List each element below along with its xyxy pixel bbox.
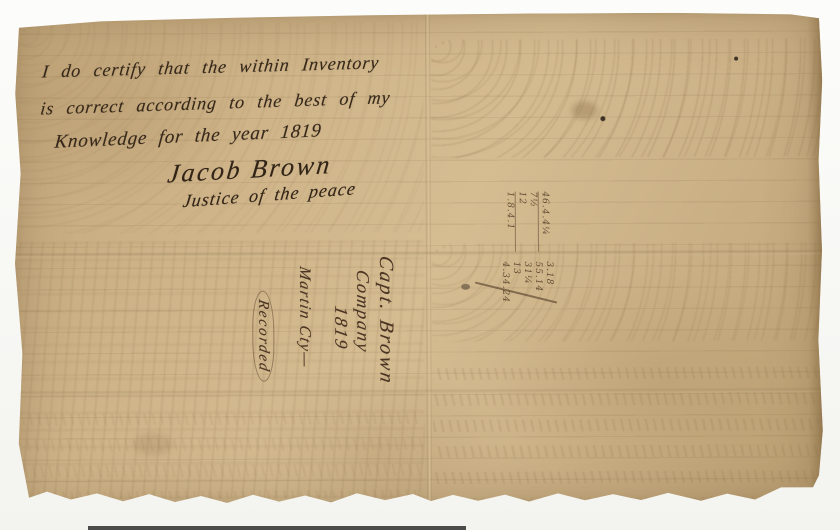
horizontal-fold-crease-upper [12,250,824,258]
endorsement-company: Company [352,268,375,418]
calc-line: 1.8.4.1 [504,192,516,252]
bleedthrough-table-top-right [431,38,820,158]
endorsement-recorded-flourish: Recorded [252,289,274,384]
calc-line: 13 [510,262,521,340]
arithmetic-cluster-1: 46.4.4¼ 7½ 12 1.8.4.1 [498,191,550,251]
bleedthrough-script-bottom-right [432,366,819,500]
stain [133,433,173,455]
vertical-fold-crease [425,12,432,506]
certification-line-1: I do certify that the within Inventory [41,52,380,82]
right-torn-edge-shading [807,10,825,504]
bleedthrough-script-lower-left [23,412,423,500]
certification-line-3: Knowledge for the year 1819 [54,120,323,154]
calc-line: 31¼ [521,262,532,340]
scanner-edge-shadow [88,526,466,530]
bleedthrough-table-mid-right [432,242,820,342]
smudge-mark [461,284,470,290]
ink-speck [600,116,605,121]
arithmetic-cluster-2: 3.18 55.14 31¼ 13 4.34.24 [498,261,554,339]
paper-mottle-texture [11,10,825,508]
stain [571,101,597,119]
scan-background: I do certify that the within Inventory i… [0,0,840,530]
paper-sheet: I do certify that the within Inventory i… [11,10,825,508]
endorsement-captain-name: Capt. Brown [374,254,399,418]
endorsement-county: Martin Cty— [294,265,315,418]
calc-line: 12 [516,192,527,252]
calc-line: 3.18 [543,261,554,339]
calc-line: 55.14 [532,261,543,339]
ruled-lines-bleedthrough [11,10,825,508]
calc-line: 4.34.24 [499,262,510,340]
strike-through-line [475,282,557,303]
endorsement-year: 1819 [330,304,352,418]
endorsement-block: Capt. Brown Company 1819 Martin Cty— Rec… [228,256,399,417]
calc-line: 7½ [527,191,538,251]
horizontal-fold-crease-lower [13,388,825,396]
ink-speck [734,57,738,61]
bleedthrough-script-bottom-left [20,240,425,500]
certification-line-2: is correct according to the best of my [39,87,391,119]
calc-line: 46.4.4¼ [538,191,550,251]
